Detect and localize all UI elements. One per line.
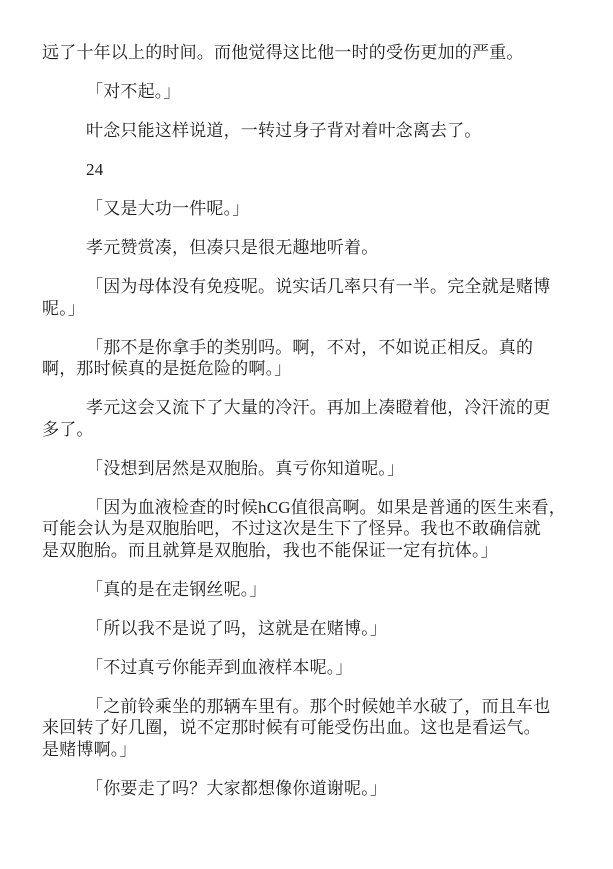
paragraph-dialogue: 「你要走了吗？大家都想像你道谢呢。」 <box>42 778 570 800</box>
paragraph-dialogue: 「没想到居然是双胞胎。真亏你知道呢。」 <box>42 458 570 480</box>
document-page: 远了十年以上的时间。而他觉得这比他一时的受伤更加的严重。「对不起。」叶念只能这样… <box>0 0 613 869</box>
paragraph-narration: 叶念只能这样说道，一转过身子背对着叶念离去了。 <box>42 120 570 142</box>
paragraph-dialogue: 「又是大功一件呢。」 <box>42 198 570 220</box>
paragraph-narration: 孝元赞赏凑，但凑只是很无趣地听着。 <box>42 237 570 259</box>
paragraph-dialogue: 「因为血液检查的时候hCG值很高啊。如果是普通的医生来看， 可能会认为是双胞胎吧… <box>42 497 570 562</box>
paragraph-dialogue: 「真的是在走钢丝呢。」 <box>42 579 570 601</box>
paragraph-narration: 孝元这会又流下了大量的冷汗。再加上凑瞪着他，冷汗流的更 多了。 <box>42 397 570 440</box>
paragraph-dialogue: 「那不是你拿手的类别吗。啊，不对，不如说正相反。真的 啊，那时候真的是挺危险的啊… <box>42 337 570 380</box>
paragraph-dialogue: 「因为母体没有免疫呢。说实话几率只有一半。完全就是赌博 呢。」 <box>42 276 570 319</box>
text-column: 远了十年以上的时间。而他觉得这比他一时的受伤更加的严重。「对不起。」叶念只能这样… <box>42 42 570 817</box>
paragraph-dialogue: 「所以我不是说了吗，这就是在赌博。」 <box>42 618 570 640</box>
paragraph-narration-continuation: 远了十年以上的时间。而他觉得这比他一时的受伤更加的严重。 <box>42 42 570 64</box>
paragraph-dialogue: 「之前铃乘坐的那辆车里有。那个时候她羊水破了，而且车也 来回转了好几圈，说不定那… <box>42 696 570 761</box>
paragraph-dialogue: 「对不起。」 <box>42 81 570 103</box>
section-number: 24 <box>42 159 570 181</box>
paragraph-dialogue: 「不过真亏你能弄到血液样本呢。」 <box>42 657 570 679</box>
